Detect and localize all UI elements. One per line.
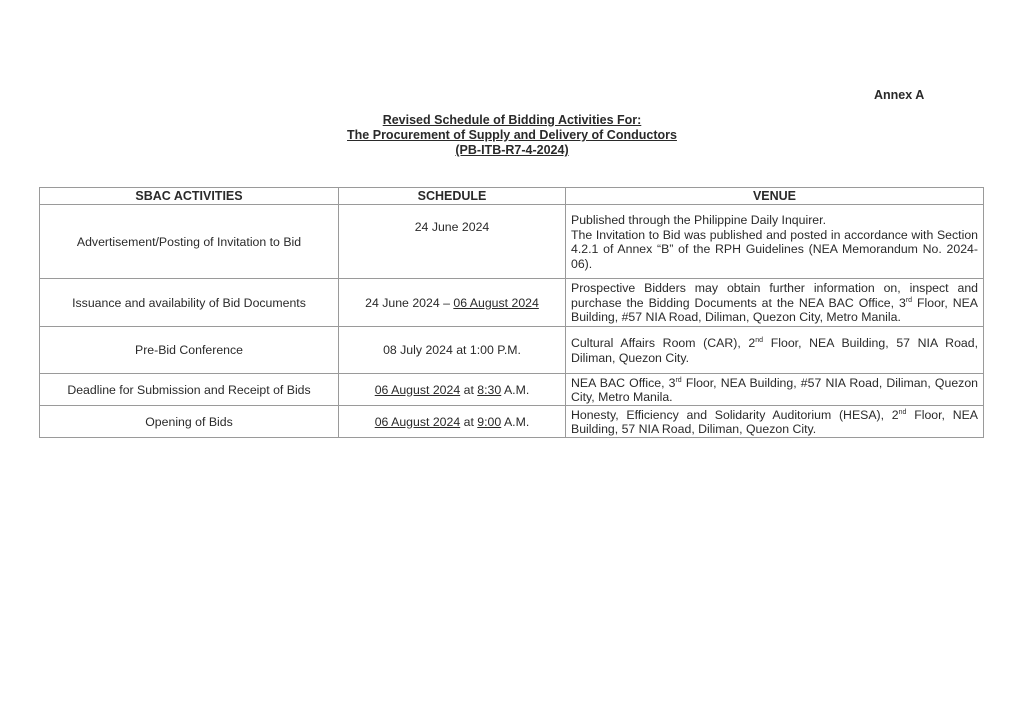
schedule-cell: 24 June 2024 – 06 August 2024 [339,279,566,327]
schedule-start: 24 June 2024 – [365,296,453,310]
table-row: Opening of Bids 06 August 2024 at 9:00 A… [40,406,984,438]
document-title: Revised Schedule of Bidding Activities F… [0,113,1024,158]
venue-cell: NEA BAC Office, 3rd Floor, NEA Building,… [566,374,984,406]
table-row: Pre-Bid Conference 08 July 2024 at 1:00 … [40,327,984,374]
activity-cell: Deadline for Submission and Receipt of B… [40,374,339,406]
venue-cell: Prospective Bidders may obtain further i… [566,279,984,327]
title-line-2: The Procurement of Supply and Delivery o… [0,128,1024,143]
bidding-schedule-table: SBAC ACTIVITIES SCHEDULE VENUE Advertise… [39,187,984,438]
ordinal-suffix: nd [755,337,763,344]
venue-line: Published through the Philippine Daily I… [571,213,978,228]
schedule-cell: 06 August 2024 at 8:30 A.M. [339,374,566,406]
header-schedule: SCHEDULE [339,188,566,205]
activity-cell: Opening of Bids [40,406,339,438]
schedule-at: at [460,383,477,397]
venue-cell: Cultural Affairs Room (CAR), 2nd Floor, … [566,327,984,374]
header-venue: VENUE [566,188,984,205]
schedule-time: 9:00 [477,415,501,429]
venue-cell: Honesty, Efficiency and Solidarity Audit… [566,406,984,438]
table-header-row: SBAC ACTIVITIES SCHEDULE VENUE [40,188,984,205]
title-line-3: (PB-ITB-R7-4-2024) [0,143,1024,158]
schedule-ampm: A.M. [501,383,529,397]
table-row: Advertisement/Posting of Invitation to B… [40,205,984,279]
schedule-cell: 06 August 2024 at 9:00 A.M. [339,406,566,438]
header-activities: SBAC ACTIVITIES [40,188,339,205]
schedule-cell: 24 June 2024 [339,205,566,279]
venue-text: Cultural Affairs Room (CAR), 2 [571,336,755,350]
venue-line: The Invitation to Bid was published and … [571,228,978,272]
activity-cell: Advertisement/Posting of Invitation to B… [40,205,339,279]
activity-cell: Issuance and availability of Bid Documen… [40,279,339,327]
activity-cell: Pre-Bid Conference [40,327,339,374]
schedule-date: 06 August 2024 [375,383,460,397]
schedule-at: at [460,415,477,429]
schedule-time: 8:30 [477,383,501,397]
title-line-1: Revised Schedule of Bidding Activities F… [0,113,1024,128]
schedule-end: 06 August 2024 [453,296,538,310]
annex-label: Annex A [874,88,924,102]
schedule-ampm: A.M. [501,415,529,429]
schedule-date: 06 August 2024 [375,415,460,429]
schedule-cell: 08 July 2024 at 1:00 P.M. [339,327,566,374]
venue-text: NEA BAC Office, 3 [571,376,675,390]
table-row: Deadline for Submission and Receipt of B… [40,374,984,406]
venue-cell: Published through the Philippine Daily I… [566,205,984,279]
table-row: Issuance and availability of Bid Documen… [40,279,984,327]
venue-text: Honesty, Efficiency and Solidarity Audit… [571,408,899,422]
